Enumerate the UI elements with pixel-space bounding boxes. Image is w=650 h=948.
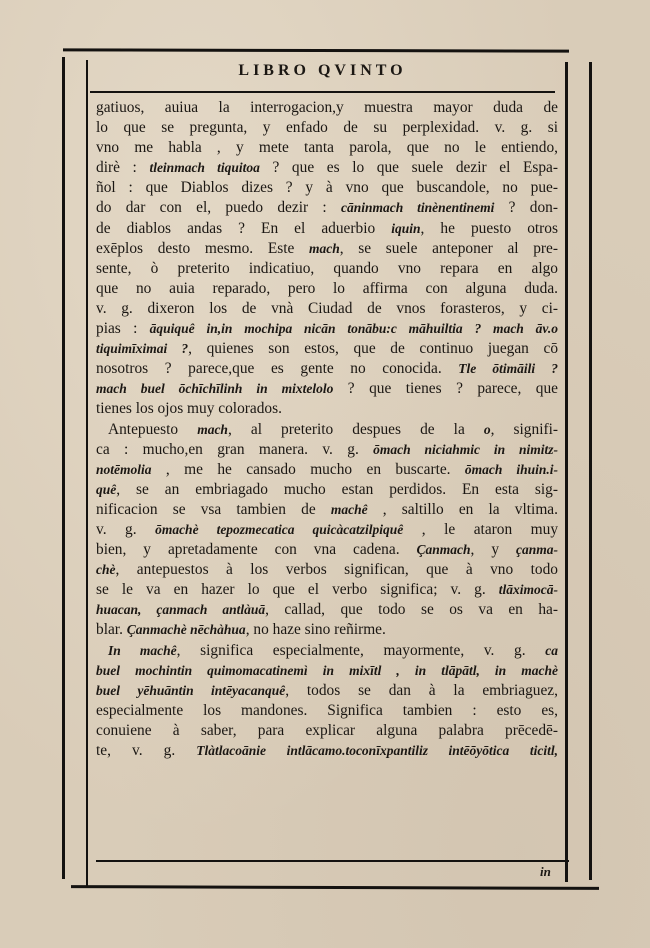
spanish-segment: de diablos andas ? En el aduerbio (96, 220, 391, 237)
footer-rule (96, 860, 569, 862)
spanish-segment: , no haze sino reñirme. (246, 621, 386, 638)
text-line: tiquimīximai ?, quienes son estos, que d… (96, 339, 558, 359)
nahuatl-italic-segment: tiquimīximai ? (96, 341, 188, 356)
spanish-segment: ñol : que Diablos dizes ? y à vno que bu… (96, 179, 558, 196)
text-line: nificacion se vsa tambien de machê , sal… (96, 500, 558, 520)
text-line: do dar con el, puedo dezir : cāninmach t… (96, 198, 558, 218)
nahuatl-italic-segment: cāninmach tinènentinemi (341, 200, 494, 215)
spanish-segment: , al preterito despues de la (228, 421, 484, 438)
nahuatl-italic-segment: o (484, 422, 491, 437)
header-rule (90, 91, 555, 93)
spanish-segment: , antepuestos à los verbos significan, q… (116, 561, 559, 578)
spanish-segment: pias : (96, 320, 150, 337)
catchword: in (540, 864, 551, 880)
text-line: especialmente los mandones. Significa ta… (96, 701, 558, 721)
text-line: nosotros ? parece,que es gente no conoci… (96, 359, 558, 379)
nahuatl-italic-segment: mach (309, 241, 340, 256)
spanish-segment: , callad, que todo se os va en ha- (265, 601, 558, 618)
nahuatl-italic-segment: Çanmachè nēchàhua (127, 622, 246, 637)
spanish-segment: te, v. g. (96, 742, 196, 759)
text-line: gatiuos, auiua la interrogacion,y muestr… (96, 98, 558, 118)
nahuatl-italic-segment: āquiquê in,in mochipa nicān tonābu:c māh… (150, 321, 558, 336)
spanish-segment: , he puesto otros (421, 220, 558, 237)
running-head: LIBRO QVINTO (90, 62, 555, 80)
nahuatl-italic-segment: buel yēhuāntin intēyacanquê (96, 683, 285, 698)
spanish-segment: , signifi- (491, 421, 558, 438)
frame-outer-right-rule (589, 62, 592, 880)
spanish-segment: v. g. dixeron los de vnà Ciudad de vnos … (96, 300, 558, 317)
frame-inner-right-rule (565, 62, 568, 882)
nahuatl-italic-segment: ōmach ihuin.i- (465, 462, 558, 477)
nahuatl-italic-segment: tleinmach tiquitoa (149, 160, 259, 175)
text-line: ñol : que Diablos dizes ? y à vno que bu… (96, 178, 558, 198)
book-page: LIBRO QVINTO gatiuos, auiua la interroga… (0, 0, 650, 948)
text-line: mach buel ōchīchīlinh in mixtelolo ? que… (96, 379, 558, 399)
spanish-segment: , le ataron muy (403, 521, 558, 538)
text-line: lo que se pregunta, y enfado de su perpl… (96, 118, 558, 138)
body-text: gatiuos, auiua la interrogacion,y muestr… (96, 98, 558, 761)
spanish-segment: ? que tienes ? parece, que (333, 380, 558, 397)
nahuatl-italic-segment: huacan, çanmach antlàuā (96, 602, 265, 617)
spanish-segment: , todos se dan à la embriaguez, (285, 682, 558, 699)
nahuatl-italic-segment: Tle ōtimāili ? (458, 361, 558, 376)
spanish-segment: , se an embriagado mucho estan perdidos.… (116, 481, 558, 498)
text-line: tienes los ojos muy colorados. (96, 399, 558, 419)
spanish-segment: nosotros ? parece,que es gente no conoci… (96, 360, 458, 377)
text-line: te, v. g. Tlàtlacoānie intlācamo.toconīx… (96, 741, 558, 761)
spanish-segment: do dar con el, puedo dezir : (96, 199, 341, 216)
spanish-segment: , se suele anteponer al pre- (340, 240, 558, 257)
spanish-segment: se le va en hazer lo que el verbo signif… (96, 581, 499, 598)
spanish-segment: , quienes son estos, que de continuo jue… (188, 340, 558, 357)
spanish-segment: , significa especialmente, mayormente, v… (177, 642, 546, 659)
text-line: notēmolia , me he cansado mucho en busca… (96, 460, 558, 480)
text-line: bien, y apretadamente con vna cadena. Ça… (96, 540, 558, 560)
spanish-segment: vno me habla , y mete tanta parola, que … (96, 139, 558, 156)
frame-outer-left-rule (62, 57, 65, 879)
text-line: sente, ò preterito indicatiuo, quando vn… (96, 259, 558, 279)
text-line: quê, se an embriagado mucho estan perdid… (96, 480, 558, 500)
spanish-segment: nificacion se vsa tambien de (96, 501, 331, 518)
frame-top-rule (63, 48, 569, 52)
text-line: conuiene à saber, para explicar alguna p… (96, 721, 558, 741)
text-line: se le va en hazer lo que el verbo signif… (96, 580, 558, 600)
text-line: que no auia reparado, pero lo affirma co… (96, 279, 558, 299)
text-line: exēplos desto mesmo. Este mach, se suele… (96, 239, 558, 259)
nahuatl-italic-segment: ōmachè tepozmecatica quicàcatzilpiquê (155, 522, 403, 537)
text-line: buel mochintin quimomacatinemì in mixītl… (96, 661, 558, 681)
text-line: blar. Çanmachè nēchàhua, no haze sino re… (96, 620, 558, 640)
spanish-segment: , me he cansado mucho en buscarte. (152, 461, 465, 478)
nahuatl-italic-segment: machê (331, 502, 368, 517)
spanish-segment: ? don- (494, 199, 558, 216)
nahuatl-italic-segment: Çanmach (417, 542, 471, 557)
frame-bottom-rule (71, 885, 599, 890)
spanish-segment: que no auia reparado, pero lo affirma co… (96, 280, 558, 297)
nahuatl-italic-segment: çanma- (516, 542, 558, 557)
spanish-segment: especialmente los mandones. Significa ta… (96, 702, 558, 719)
spanish-segment: bien, y apretadamente con vna cadena. (96, 541, 417, 558)
spanish-segment: conuiene à saber, para explicar alguna p… (96, 722, 558, 739)
nahuatl-italic-segment: iquin (391, 221, 420, 236)
nahuatl-italic-segment: mach (197, 422, 228, 437)
spanish-segment: exēplos desto mesmo. Este (96, 240, 309, 257)
nahuatl-italic-segment: buel mochintin quimomacatinemì in mixītl… (96, 663, 558, 678)
text-line: huacan, çanmach antlàuā, callad, que tod… (96, 600, 558, 620)
spanish-segment: Antepuesto (108, 421, 197, 438)
nahuatl-italic-segment: chè (96, 562, 116, 577)
spanish-segment: v. g. (96, 521, 155, 538)
spanish-segment: , y (471, 541, 516, 558)
text-line: v. g. ōmachè tepozmecatica quicàcatzilpi… (96, 520, 558, 540)
text-line: In machê, significa especialmente, mayor… (96, 641, 558, 661)
spanish-segment: gatiuos, auiua la interrogacion,y muestr… (96, 99, 558, 116)
text-line: pias : āquiquê in,in mochipa nicān tonāb… (96, 319, 558, 339)
spanish-segment: blar. (96, 621, 127, 638)
nahuatl-italic-segment: Tlàtlacoānie intlācamo.toconīxpantiliz i… (196, 743, 558, 758)
spanish-segment: tienes los ojos muy colorados. (96, 400, 282, 417)
text-line: chè, antepuestos à los verbos significan… (96, 560, 558, 580)
text-line: buel yēhuāntin intēyacanquê, todos se da… (96, 681, 558, 701)
spanish-segment: sente, ò preterito indicatiuo, quando vn… (96, 260, 558, 277)
nahuatl-italic-segment: tlāximocā- (499, 582, 558, 597)
text-line: v. g. dixeron los de vnà Ciudad de vnos … (96, 299, 558, 319)
text-line: de diablos andas ? En el aduerbio iquin,… (96, 219, 558, 239)
spanish-segment: lo que se pregunta, y enfado de su perpl… (96, 119, 558, 136)
spanish-segment: ca : mucho,en gran manera. v. g. (96, 441, 373, 458)
nahuatl-italic-segment: ca (545, 643, 558, 658)
nahuatl-italic-segment: ōmach niciahmic in nimitz- (373, 442, 558, 457)
spanish-segment: dirè : (96, 159, 149, 176)
text-line: vno me habla , y mete tanta parola, que … (96, 138, 558, 158)
nahuatl-italic-segment: In machê (108, 643, 177, 658)
nahuatl-italic-segment: notēmolia (96, 462, 152, 477)
text-line: dirè : tleinmach tiquitoa ? que es lo qu… (96, 158, 558, 178)
spanish-segment: , saltillo en la vltima. (368, 501, 558, 518)
nahuatl-italic-segment: mach buel ōchīchīlinh in mixtelolo (96, 381, 333, 396)
text-line: Antepuesto mach, al preterito despues de… (96, 420, 558, 440)
nahuatl-italic-segment: quê (96, 482, 116, 497)
spanish-segment: ? que es lo que suele dezir el Espa- (260, 159, 558, 176)
frame-inner-left-rule (86, 60, 88, 888)
text-line: ca : mucho,en gran manera. v. g. ōmach n… (96, 440, 558, 460)
